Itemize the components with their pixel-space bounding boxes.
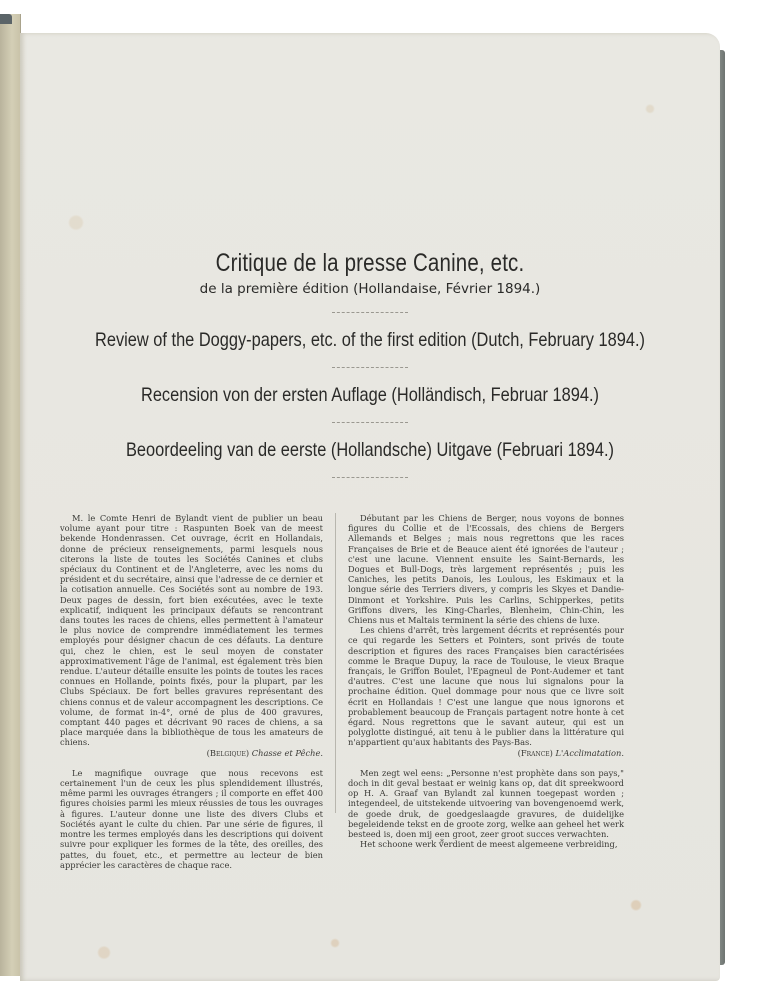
divider	[332, 312, 408, 313]
review-dutch-para-1: Men zegt wel eens: „Personne n'est proph…	[348, 768, 624, 839]
heading-block: Critique de la presse Canine, etc. de la…	[20, 248, 720, 492]
review-source: (France) L'Acclimatation.	[348, 748, 624, 758]
review-france-para-1: Débutant par les Chiens de Berger, nous …	[348, 513, 624, 625]
heading-german: Recension von der ersten Auflage (Hollän…	[76, 382, 664, 408]
page-subtitle: de la première édition (Hollandaise, Fév…	[20, 280, 720, 298]
page-title: Critique de la presse Canine, etc.	[83, 248, 657, 278]
divider	[332, 367, 408, 368]
source-journal: L'Acclimatation.	[556, 748, 624, 758]
book-back-board	[0, 14, 21, 976]
left-column: M. le Comte Henri de Bylandt vient de pu…	[60, 513, 335, 813]
right-column: Débutant par les Chiens de Berger, nous …	[335, 513, 624, 813]
footer-mark: *	[440, 838, 444, 847]
review-france-para-2: Les chiens d'arrêt, très largement décri…	[348, 625, 624, 747]
divider	[332, 477, 408, 478]
review-source: (Belgique) Chasse et Pêche.	[60, 748, 323, 758]
review-columns: M. le Comte Henri de Bylandt vient de pu…	[60, 513, 665, 813]
review-belgique: M. le Comte Henri de Bylandt vient de pu…	[60, 513, 323, 748]
heading-english: Review of the Doggy-papers, etc. of the …	[76, 327, 664, 353]
review-second: Le magnifique ouvrage que nous recevons …	[60, 768, 323, 870]
board-corner	[0, 14, 12, 24]
heading-dutch: Beoordeeling van de eerste (Hollandsche)…	[76, 437, 664, 463]
review-dutch-para-2: Het schoone werk verdient de meest algem…	[348, 839, 624, 849]
source-country: (Belgique)	[207, 748, 249, 758]
source-journal: Chasse et Pêche.	[252, 748, 323, 758]
source-country: (France)	[518, 748, 553, 758]
divider	[332, 422, 408, 423]
